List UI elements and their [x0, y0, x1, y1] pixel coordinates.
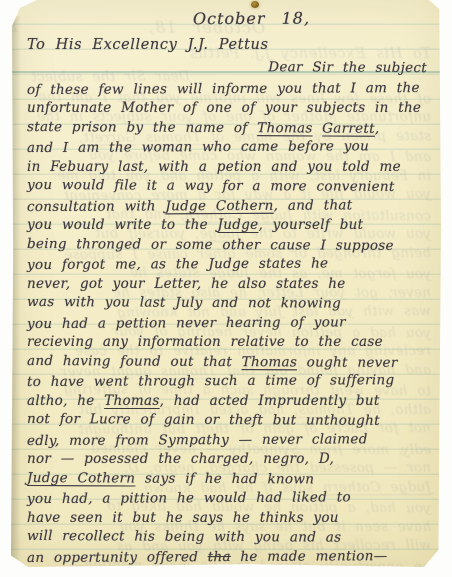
underlined-word: Judge	[218, 217, 259, 233]
text-segment: was with you last July and not knowing	[27, 294, 341, 312]
underlined-word: Thomas	[257, 120, 312, 136]
letter-line: altho, he Thomas, had acted Imprudently …	[27, 392, 431, 412]
letter-line: have seen it but he says he thinks you	[27, 509, 431, 529]
text-segment: unfortunate Mother of one of your subjec…	[27, 100, 421, 116]
letter-line: in Febuary last, with a petion and you t…	[27, 158, 431, 178]
text-segment: and I am the woman who came before you	[27, 138, 369, 156]
text-segment: not for Lucre of gain or theft but untho…	[27, 411, 380, 429]
letter-line: was with you last July and not knowing	[27, 293, 431, 315]
letter-line: you would write to the Judge, yourself b…	[27, 216, 431, 236]
text-segment: will recollect his being with you and as	[27, 528, 341, 546]
letter-line: nor — posessed the charged, negro, D,	[27, 450, 431, 470]
underlined-word: Thomas	[104, 393, 159, 409]
text-segment	[313, 120, 323, 136]
letter-paper: October 18, 1860To His Excellency J.J. P…	[11, 0, 441, 567]
text-segment: nor — posessed the charged, negro, D,	[27, 451, 334, 467]
text-segment: recieving any information relative to th…	[27, 334, 383, 350]
text-segment: To His Excellency J.J. Pettus	[27, 37, 269, 53]
text-segment: Dear Sir the subject	[268, 59, 427, 76]
struck-word: tha	[208, 548, 231, 564]
text-segment: you forgot me, as the Judge states he	[27, 255, 328, 273]
underlined-word: Thomas	[242, 354, 297, 370]
text-segment: never, got your Letter, he also states h…	[27, 276, 346, 292]
text-segment: of these few lines will informe you that…	[27, 80, 420, 98]
text-segment: state prison by the name of	[27, 118, 257, 135]
text-segment: ought never	[297, 354, 398, 371]
letter-line: you forgot me, as the Judge states he	[27, 254, 431, 276]
letter-line: edly, more from Sympathy — never claimed	[27, 429, 431, 451]
letter-line: and I am the woman who came before you	[27, 137, 431, 159]
text-segment: , and that	[274, 197, 353, 213]
letter-line: and having found out that Thomas ought n…	[27, 351, 431, 373]
text-segment: , yourself but	[258, 217, 363, 233]
text-segment: in Febuary last, with a petion and you t…	[27, 159, 401, 175]
letter-line: will recollect his being with you and as	[27, 527, 431, 549]
text-segment: ,	[375, 120, 380, 136]
letter-line: never, got your Letter, he also states h…	[27, 275, 431, 295]
text-segment: being thronged or some other cause I sup…	[27, 235, 394, 253]
text-segment: have seen it but he says he thinks you	[27, 510, 339, 526]
letter-lines: October 18, 1860To His Excellency J.J. P…	[27, 9, 431, 567]
letter-line: October 18, 1860	[27, 8, 431, 37]
stain-mark	[251, 1, 259, 8]
text-segment: you would file it a way for a more conve…	[27, 177, 395, 195]
text-segment: and having found out that	[27, 352, 242, 369]
letter-line: you had a pettion never hearing of your	[27, 312, 431, 334]
letter-line: Dear Sir the subject	[27, 57, 431, 81]
letter-line: of these few lines will informe you that…	[27, 78, 431, 100]
letter-line: recieving any information relative to th…	[27, 333, 431, 353]
letter-line: unfortunate Mother of one of your subjec…	[27, 99, 431, 119]
text-segment: edly, more from Sympathy — never claimed	[27, 431, 368, 449]
text-segment: altho, he	[27, 393, 104, 409]
letter-line: you had, a pittion he would had liked to	[27, 488, 431, 510]
text-segment: October 18, 1860	[193, 8, 452, 29]
text-segment: you had a pettion never hearing of your	[27, 314, 346, 332]
text-segment: he made mention—	[231, 548, 388, 565]
letter-line: state prison by the name of Thomas Garre…	[27, 117, 431, 139]
letter-line: to have went through such a time of suff…	[27, 371, 431, 393]
underlined-word: Garrett	[322, 120, 375, 136]
underlined-word: Judge Cothern	[27, 469, 135, 486]
text-segment: to have went through such a time of suff…	[27, 372, 395, 390]
letter-line: not for Lucre of gain or theft but untho…	[27, 410, 431, 432]
letter-line: Judge Cothern says if he had known	[27, 468, 431, 490]
letter-line: you would file it a way for a more conve…	[27, 176, 431, 198]
text-segment: you would write to the	[27, 217, 218, 233]
letter-line: To His Excellency J.J. Pettus	[27, 36, 431, 58]
underlined-word: Judge Cothern	[165, 197, 273, 214]
letter-line: being thronged or some other cause I sup…	[27, 234, 431, 256]
text-segment: , had acted Imprudently but	[160, 393, 380, 409]
text-segment: you had, a pittion he would had liked to	[27, 489, 351, 507]
text-segment: an oppertunity offered	[27, 549, 208, 566]
text-segment: consultation with	[27, 198, 165, 215]
letter-line: consultation with Judge Cothern, and tha…	[27, 195, 431, 217]
text-segment: says if he had known	[135, 470, 314, 487]
